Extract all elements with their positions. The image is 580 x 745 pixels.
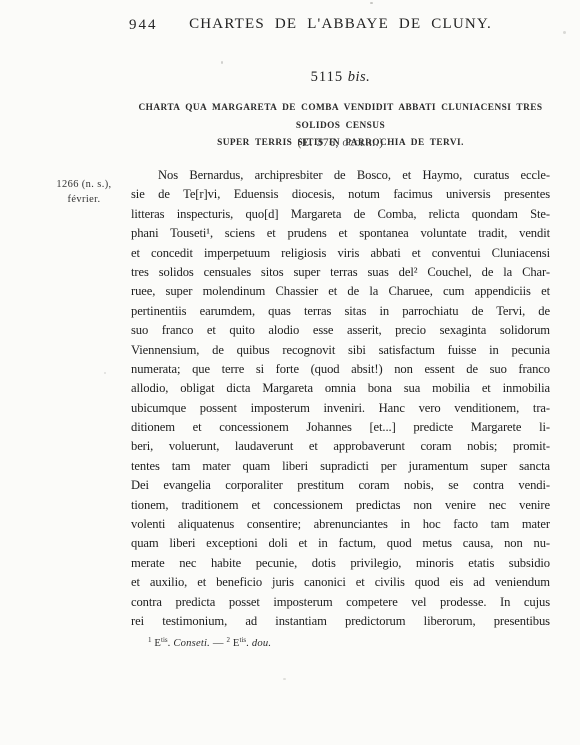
body-text-line: et concedit imperpetuum religiosis viris… <box>131 244 550 263</box>
body-text-line: Dei evangelia corporaliter prestitum cor… <box>131 476 550 495</box>
footnote-segment: Conseti. <box>173 638 210 649</box>
body-text-line: tres solidos censuales sitos super terra… <box>131 263 550 282</box>
body-text-line: tionem, traditionem et concessionem pred… <box>131 496 550 515</box>
margin-date-month: février. <box>42 193 126 208</box>
body-text-line: litteras inspecturis, quo[d] Margareta d… <box>131 205 550 224</box>
footnote-segment: — <box>210 638 227 649</box>
margin-date-note: 1266 (n. s.), février. <box>42 178 126 207</box>
scan-speck <box>104 372 106 374</box>
charter-body-text: Nos Bernardus, archipresbiter de Bosco, … <box>131 166 550 631</box>
scan-speck <box>283 678 286 680</box>
body-text-line: et auxilio, et beneficio juris canonici … <box>131 573 550 592</box>
scan-speck <box>221 61 223 64</box>
footnote: 1 Etis. Conseti. — 2 Etis. dou. <box>131 636 550 649</box>
charter-number-value: 5115 <box>311 69 343 85</box>
body-text-line: suo franco et quito alodio esse asserit,… <box>131 321 550 340</box>
scan-speck <box>563 31 566 34</box>
footnote-segment: E <box>152 638 162 649</box>
body-text-line: sie de Te[r]vi, Eduensis diocesis, notum… <box>131 185 550 204</box>
scan-speck <box>370 2 373 4</box>
charter-title-line1: CHARTA QUA MARGARETA DE COMBA VENDIDIT A… <box>116 100 565 135</box>
body-text-line: ditionem et concessionem Johannes [et...… <box>131 418 550 437</box>
body-text-line: allodio, obligat dicta Margareta omnia b… <box>131 379 550 398</box>
body-text-line: tentes tam mater quam liberi supradicti … <box>131 457 550 476</box>
body-text-line: pertinentiis earumdem, quas terras sitas… <box>131 302 550 321</box>
charter-number: 5115 bis. <box>131 69 550 86</box>
running-title: CHARTES DE L'ABBAYE DE CLUNY. <box>131 16 550 33</box>
body-text-line: phani Touseti¹, sciens et prudens et spo… <box>131 224 550 243</box>
source-reference: (E. 376, cccliii.) <box>131 137 550 149</box>
body-text-line: merate nec habite pecunie, dotis privile… <box>131 554 550 573</box>
footnote-segment: tis <box>161 636 168 644</box>
body-text-line: rei testimonium, ad instantiam predictor… <box>131 612 550 631</box>
footnote-segment: E <box>230 638 240 649</box>
body-text-line: contra predicta posset imposterum compet… <box>131 593 550 612</box>
body-text-line: Viennensium, de quibus recognovit sibi s… <box>131 341 550 360</box>
body-text-line: volenti aliquatenus consentire; abrenunc… <box>131 515 550 534</box>
page-number: 944 <box>129 17 158 34</box>
body-text-line: ubicumque possent imposterum inveniri. H… <box>131 399 550 418</box>
body-text-line: ruee, super molendinum Chassier et de la… <box>131 282 550 301</box>
body-text-line: numerata; que terre si forte (quod absit… <box>131 360 550 379</box>
page-header: 944 CHARTES DE L'ABBAYE DE CLUNY. <box>131 16 550 38</box>
body-text-line: Nos Bernardus, archipresbiter de Bosco, … <box>131 166 550 185</box>
footnote-segment: dou. <box>252 638 271 649</box>
body-text-line: beri, voluerunt, laudaverunt et approbav… <box>131 437 550 456</box>
body-text-line: quam liberi exceptioni doli et in factum… <box>131 534 550 553</box>
scanned-book-page: 944 CHARTES DE L'ABBAYE DE CLUNY. 5115 b… <box>0 0 580 745</box>
margin-date-year: 1266 (n. s.), <box>42 178 126 193</box>
charter-number-suffix: bis. <box>348 69 371 85</box>
